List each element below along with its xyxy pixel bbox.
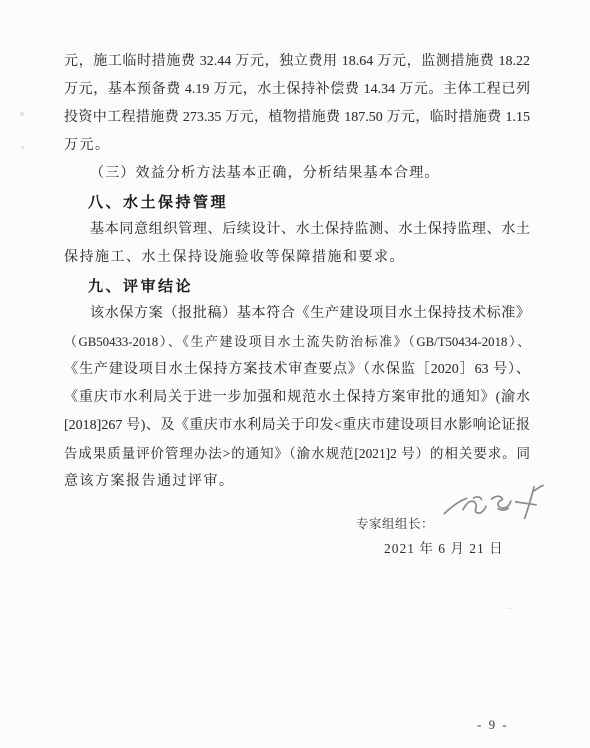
text-line: 万元。 bbox=[64, 132, 530, 160]
date-line: 2021 年 6 月 21 日 bbox=[384, 539, 504, 559]
scan-speck bbox=[20, 112, 24, 116]
signature-label: 专家组组长： bbox=[356, 514, 434, 534]
handwritten-signature-icon bbox=[435, 481, 553, 533]
text-line: [2018]267 号)、及《重庆市水利局关于印发<重庆市建设项目水影响论证报 bbox=[64, 412, 530, 440]
section-heading: 九、评审结论 bbox=[64, 272, 530, 300]
text-line: （GB50433-2018）、《生产建设项目水土流失防治标准》（GB/T5043… bbox=[64, 328, 530, 356]
text-line: （三）效益分析方法基本正确，分析结果基本合理。 bbox=[64, 160, 530, 188]
text-line: 保持施工、水土保持设施验收等保障措施和要求。 bbox=[64, 244, 530, 272]
text-line: 投资中工程措施费 273.35 万元，植物措施费 187.50 万元，临时措施费… bbox=[64, 104, 530, 132]
document-page: 元，施工临时措施费 32.44 万元，独立费用 18.64 万元，监测措施费 1… bbox=[0, 0, 590, 748]
body-lines: 元，施工临时措施费 32.44 万元，独立费用 18.64 万元，监测措施费 1… bbox=[64, 48, 530, 496]
document-body: 元，施工临时措施费 32.44 万元，独立费用 18.64 万元，监测措施费 1… bbox=[64, 48, 530, 496]
text-line: 《生产建设项目水土保持方案技术审查要点》（水保监［2020］63 号）、 bbox=[64, 356, 530, 384]
scan-speck bbox=[21, 146, 24, 149]
text-line: 《重庆市水利局关于进一步加强和规范水土保持方案审批的通知》(渝水 bbox=[64, 384, 530, 412]
scan-speck bbox=[68, 253, 70, 257]
section-heading: 八、水土保持管理 bbox=[64, 188, 530, 216]
page-number: - 9 - bbox=[477, 716, 509, 734]
text-line: 元，施工临时措施费 32.44 万元，独立费用 18.64 万元，监测措施费 1… bbox=[64, 48, 530, 76]
text-line: 告成果质量评价管理办法>的通知》（渝水规范[2021]2 号）的相关要求。同 bbox=[64, 440, 530, 468]
text-line: 万元，基本预备费 4.19 万元，水土保持补偿费 14.34 万元。主体工程已列 bbox=[64, 76, 530, 104]
scan-speck bbox=[506, 608, 512, 609]
text-line: 基本同意组织管理、后续设计、水土保持监测、水土保持监理、水土 bbox=[64, 216, 530, 244]
text-line: 该水保方案（报批稿）基本符合《生产建设项目水土保持技术标准》 bbox=[64, 300, 530, 328]
